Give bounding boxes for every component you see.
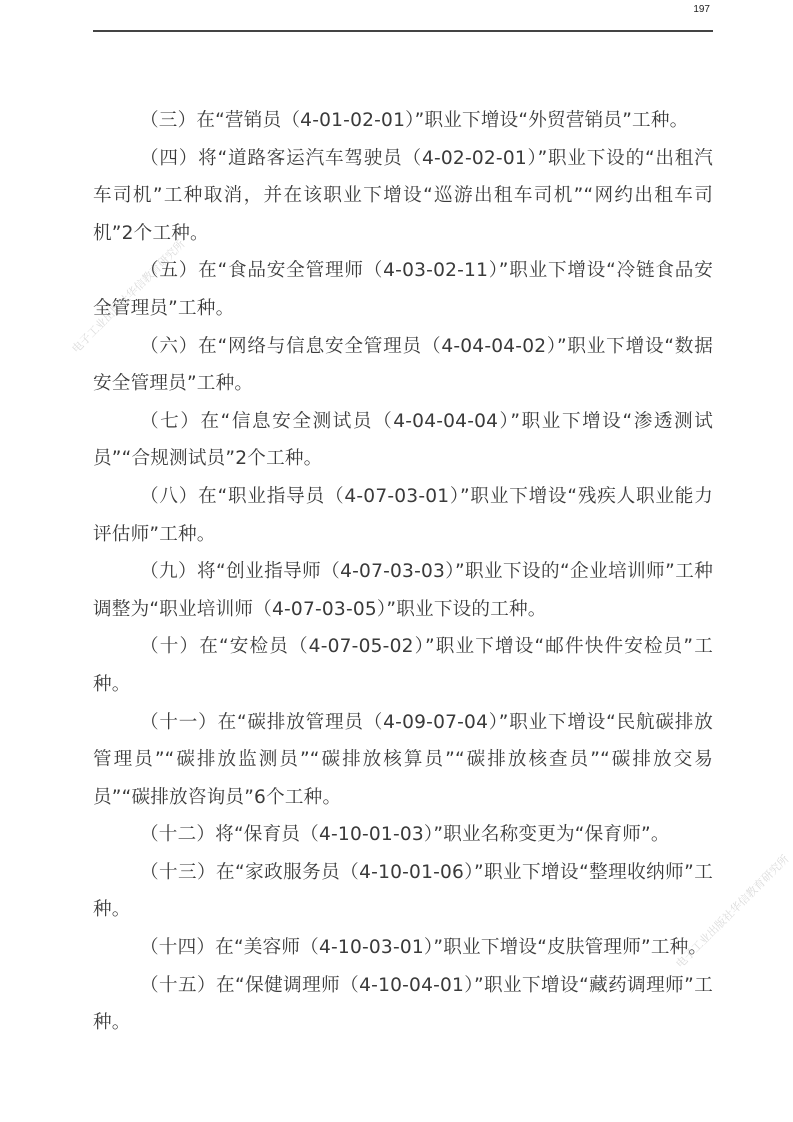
paragraph-13: （十三）在“家政服务员（4-10-01-06）”职业下增设“整理收纳师”工种。 — [93, 854, 713, 929]
paragraph-15: （十五）在“保健调理师（4-10-04-01）”职业下增设“藏药调理师”工种。 — [93, 967, 713, 1042]
paragraph-6: （六）在“网络与信息安全管理员（4-04-04-02）”职业下增设“数据安全管理… — [93, 328, 713, 403]
page-number: 197 — [660, 4, 710, 15]
paragraph-7: （七）在“信息安全测试员（4-04-04-04）”职业下增设“渗透测试员”“合规… — [93, 403, 713, 478]
header-rule — [93, 30, 713, 32]
paragraph-11: （十一）在“碳排放管理员（4-09-07-04）”职业下增设“民航碳排放管理员”… — [93, 704, 713, 817]
paragraph-9: （九）将“创业指导师（4-07-03-03）”职业下设的“企业培训师”工种调整为… — [93, 553, 713, 628]
paragraph-3: （三）在“营销员（4-01-02-01）”职业下增设“外贸营销员”工种。 — [93, 102, 713, 140]
paragraph-4: （四）将“道路客运汽车驾驶员（4-02-02-01）”职业下设的“出租汽车司机”… — [93, 140, 713, 253]
paragraph-8: （八）在“职业指导员（4-07-03-01）”职业下增设“残疾人职业能力评估师”… — [93, 478, 713, 553]
paragraph-5: （五）在“食品安全管理师（4-03-02-11）”职业下增设“冷链食品安全管理员… — [93, 252, 713, 327]
paragraph-10: （十）在“安检员（4-07-05-02）”职业下增设“邮件快件安检员”工种。 — [93, 628, 713, 703]
paragraph-12: （十二）将“保育员（4-10-01-03）”职业名称变更为“保育师”。 — [93, 816, 713, 854]
paragraph-14: （十四）在“美容师（4-10-03-01）”职业下增设“皮肤管理师”工种。 — [93, 929, 713, 967]
document-body: （三）在“营销员（4-01-02-01）”职业下增设“外贸营销员”工种。 （四）… — [93, 102, 713, 1042]
